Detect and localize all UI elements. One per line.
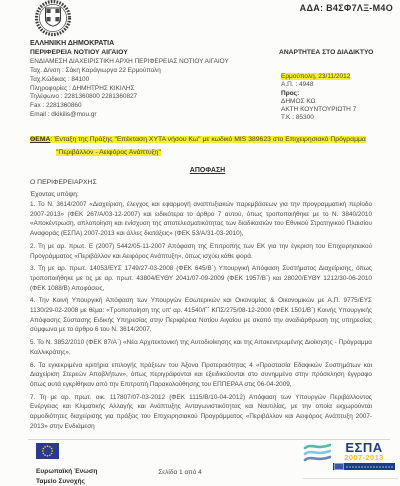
eu-funding-block: Ευρωπαϊκή Ένωση Ταμείο Συνοχής bbox=[36, 443, 146, 486]
place-date: Ερμούπολη, 23/11/2012 bbox=[281, 73, 350, 80]
list-item: 6. Τα εγκεκριμένα κριτήρια επιλογής πράξ… bbox=[30, 361, 372, 390]
protocol-number: Α.Π. : 4948 bbox=[281, 81, 356, 89]
subject-line2: "Περιβάλλον - Αειφόρος Ανάπτυξη" bbox=[56, 149, 161, 156]
recipient-postal: Τ.Κ : 85300 bbox=[281, 114, 356, 122]
espa-bar-text-placeholder bbox=[346, 466, 393, 468]
to-label: Προς: bbox=[281, 90, 356, 98]
ada-code: ΑΔΑ: Β4ΣΦ7ΛΞ-Μ4Ο bbox=[300, 3, 393, 13]
sender-phone: Τηλέφωνο : 2281360800 2281360827 bbox=[30, 93, 258, 102]
list-item: 4. Την Κοινή Υπουργική Απόφαση των Υπουρ… bbox=[30, 296, 372, 335]
recipient-name: ΔΗΜΟΣ ΚΩ bbox=[281, 98, 356, 106]
decision-title: ΑΠΟΦΑΣΗ bbox=[30, 167, 385, 174]
subject-block: ΘΕΜΑ: Ένταξη της Πράξης "Επέκταση ΧΥΤΑ ν… bbox=[30, 134, 378, 159]
list-item: 1. Το Ν. 3614/2007 «Διαχείριση, έλεγχος … bbox=[30, 200, 372, 239]
decision-author: Ο ΠΕΡΙΦΕΡΕΙΑΡΧΗΣ bbox=[30, 179, 97, 186]
footer-divider bbox=[28, 439, 390, 440]
protocol-block: Ερμούπολη, 23/11/2012 Α.Π. : 4948 Προς: … bbox=[281, 73, 356, 123]
sender-region: ΠΕΡΙΦΕΡΕΙΑ ΝΟΤΙΟΥ ΑΙΓΑΙΟΥ bbox=[30, 49, 258, 58]
sender-country: ΕΛΛΗΝΙΚΗ ΔΗΜΟΚΡΑΤΙΑ bbox=[30, 40, 258, 49]
sender-postal-code: Ταχ.Κώδικας : 84100 bbox=[30, 76, 258, 85]
espa-waves-icon bbox=[303, 441, 331, 465]
sender-authority: ΕΝΔΙΑΜΕΣΗ ΔΙΑΧΕΙΡΙΣΤΙΚΗ ΑΡΧΗ ΠΕΡΙΦΕΡΕΙΑΣ… bbox=[30, 58, 258, 67]
cohesion-fund-label: Ταμείο Συνοχής bbox=[36, 477, 146, 486]
legal-considerations-list: 1. Το Ν. 3614/2007 «Διαχείριση, έλεγχος … bbox=[30, 200, 372, 434]
document-page: ΑΔΑ: Β4ΣΦ7ΛΞ-Μ4Ο ΕΛΛΗΝΙΚΗ ΔΗΜΟΚΡΑΤΙΑ ΠΕΡ… bbox=[0, 0, 400, 486]
list-item: 3. Τη με αρ. πρωτ. 14053/ΕΥΣ 1749/27-03-… bbox=[30, 264, 372, 293]
decision-preamble: Έχοντας υπόψη: bbox=[30, 191, 79, 198]
subject-label: ΘΕΜΑ bbox=[30, 136, 50, 143]
eu-flag-icon bbox=[36, 443, 59, 459]
list-item: 5. Το Ν. 3852/2010 (ΦΕΚ 87/Α΄) «Νέα Αρχι… bbox=[30, 338, 372, 357]
recipient-street: ΑΚΤΗ ΚΟΥΝΤΟΥΡΙΩΤΗ 7 bbox=[281, 106, 356, 114]
page-number: Σελίδα 1 από 4 bbox=[0, 469, 360, 476]
list-item: 2. Τη με αρ. πρωτ. Ε (2007) 5442/05-11-2… bbox=[30, 242, 372, 261]
sender-email: Email : dkikilis@mou.gr bbox=[30, 111, 258, 120]
subject-line1: : Ένταξη της Πράξης "Επέκταση ΧΥΤΑ νήσου… bbox=[50, 136, 365, 143]
espa-years: 2007-2013 bbox=[344, 454, 383, 462]
sender-block: ΕΛΛΗΝΙΚΗ ΔΗΜΟΚΡΑΤΙΑ ΠΕΡΙΦΕΡΕΙΑ ΝΟΤΙΟΥ ΑΙ… bbox=[30, 40, 258, 120]
list-item: 7. Τη με αρ. πρωτ. οικ. 117807/07-03-201… bbox=[30, 393, 372, 432]
greek-emblem-icon bbox=[29, 0, 77, 40]
sender-fax: Fax : 2281360860 bbox=[30, 102, 258, 111]
internet-posting-notice: ΑΝΑΡΤΗΤΕΑ ΣΤΟ ΔΙΑΔΙΚΤΥΟ bbox=[279, 49, 373, 56]
sender-address: Ταχ. Δ/νση : Σάκη Καράγιωργα 22 Ερμούπολ… bbox=[30, 67, 258, 76]
